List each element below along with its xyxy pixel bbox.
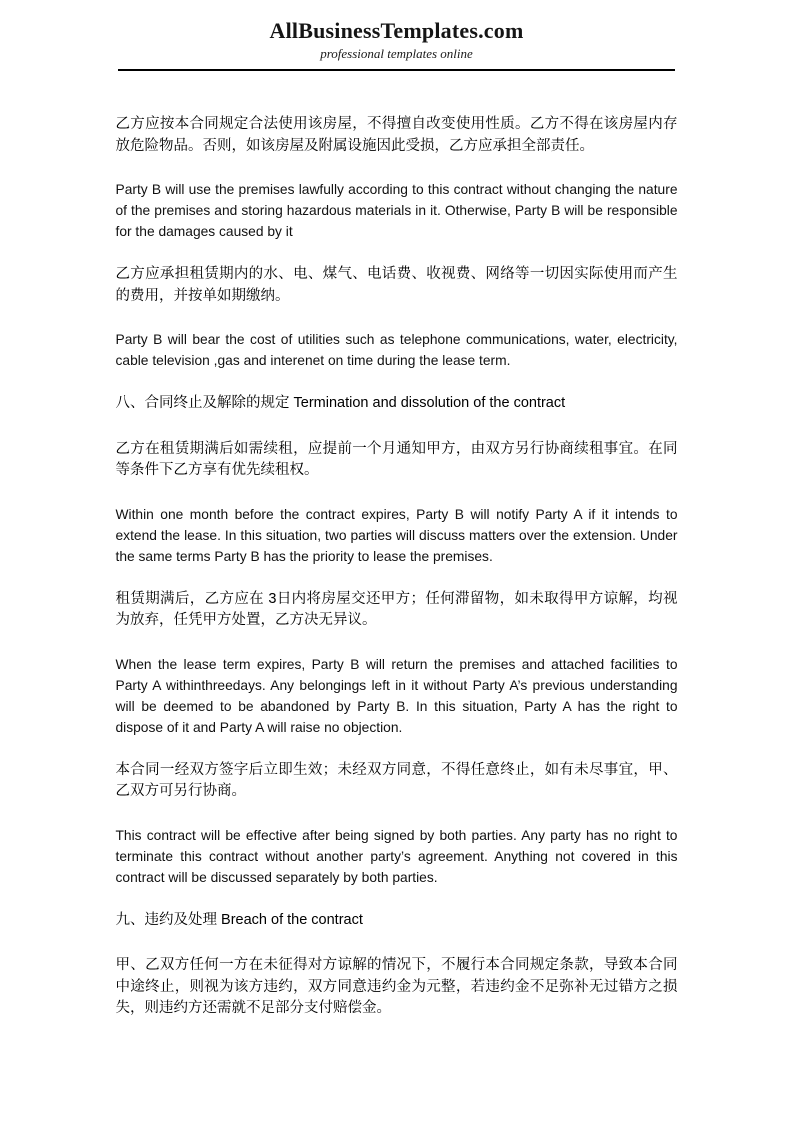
paragraph-zh-return-premises: 租赁期满后，乙方应在 3日内将房屋交还甲方；任何滞留物，如未取得甲方谅解，均视为…	[116, 589, 678, 632]
paragraph-en-renewal: Within one month before the contract exp…	[116, 504, 678, 567]
contract-body: 乙方应按本合同规定合法使用该房屋，不得擅自改变使用性质。乙方不得在该房屋内存放危…	[116, 71, 678, 1020]
paragraph-en-return-premises: When the lease term expires, Party B wil…	[116, 654, 678, 738]
paragraph-en-utilities: Party B will bear the cost of utilities …	[116, 329, 678, 371]
document-header: AllBusinessTemplates.com professional te…	[118, 18, 675, 71]
section-heading-breach: 九、违约及处理 Breach of the contract	[116, 910, 678, 932]
brand-tagline: professional templates online	[118, 46, 675, 62]
paragraph-zh-premises-use: 乙方应按本合同规定合法使用该房屋，不得擅自改变使用性质。乙方不得在该房屋内存放危…	[116, 114, 678, 157]
document-page: AllBusinessTemplates.com professional te…	[0, 0, 793, 1122]
paragraph-en-premises-use: Party B will use the premises lawfully a…	[116, 179, 678, 242]
paragraph-zh-renewal: 乙方在租赁期满后如需续租，应提前一个月通知甲方，由双方另行协商续租事宜。在同等条…	[116, 439, 678, 482]
brand-title: AllBusinessTemplates.com	[118, 18, 675, 44]
paragraph-zh-effectiveness: 本合同一经双方签字后立即生效；未经双方同意，不得任意终止，如有未尽事宜，甲、乙双…	[116, 760, 678, 803]
paragraph-zh-breach: 甲、乙双方任何一方在未征得对方谅解的情况下，不履行本合同规定条款，导致本合同中途…	[116, 955, 678, 1020]
section-heading-termination: 八、合同终止及解除的规定 Termination and dissolution…	[116, 393, 678, 415]
paragraph-zh-utilities: 乙方应承担租赁期内的水、电、煤气、电话费、收视费、网络等一切因实际使用而产生的费…	[116, 264, 678, 307]
paragraph-en-effectiveness: This contract will be effective after be…	[116, 825, 678, 888]
